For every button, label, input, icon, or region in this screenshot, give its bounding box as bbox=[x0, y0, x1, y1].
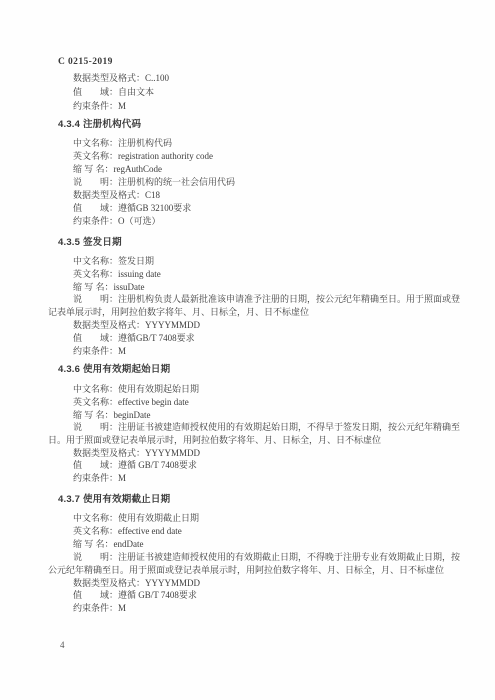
field-line-cn-name: 中文名称：签发日期 bbox=[73, 256, 154, 267]
field-line-description: 说 明：注册机构的统一社会信用代码 bbox=[73, 177, 235, 188]
section-heading-4-3-4: 4.3.4 注册机构代码 bbox=[58, 119, 141, 130]
field-line-en-name: 英文名称：registration authority code bbox=[73, 151, 213, 162]
field-line-datatype: 数据类型及格式：YYYYMMDD bbox=[73, 578, 200, 589]
field-line-abbr: 缩 写 名：beginDate bbox=[73, 410, 151, 421]
field-line-valuedomain: 值 域：自由文本 bbox=[73, 87, 154, 98]
field-line-valuedomain: 值 域：遵循GB 32100要求 bbox=[73, 203, 191, 214]
field-line-cn-name: 中文名称：使用有效期起始日期 bbox=[73, 384, 199, 395]
section-heading-4-3-7: 4.3.7 使用有效期截止日期 bbox=[58, 494, 170, 505]
field-line-abbr: 缩 写 名：endDate bbox=[73, 539, 143, 550]
description-continuation-line: 日。用于照面或登记表单展示时，用阿拉伯数字将年、月、日标全，月、日不标虚位 bbox=[48, 435, 381, 446]
field-line-datatype: 数据类型及格式：C18 bbox=[73, 190, 160, 201]
field-line-en-name: 英文名称：issuing date bbox=[73, 269, 161, 280]
field-line-description: 说 明：注册证书被建造师授权使用的有效期起始日期，不得早于签发日期，按公元纪年精… bbox=[73, 422, 460, 433]
description-continuation-line: 公元纪年精确至日。用于照面或登记表单展示时，用阿拉伯数字将年、月、日标全，月、日… bbox=[48, 565, 444, 576]
field-line-datatype: 数据类型及格式：YYYYMMDD bbox=[73, 448, 200, 459]
field-line-constraint: 约束条件：M bbox=[73, 346, 126, 357]
field-line-en-name: 英文名称：effective end date bbox=[73, 526, 182, 537]
field-line-datatype: 数据类型及格式：C..100 bbox=[73, 73, 169, 84]
field-line-en-name: 英文名称：effective begin date bbox=[73, 397, 189, 408]
standard-code-header: C 0215-2019 bbox=[58, 57, 113, 67]
field-line-valuedomain: 值 域：遵循 GB/T 7408要求 bbox=[73, 460, 197, 471]
field-line-constraint: 约束条件：M bbox=[73, 603, 126, 614]
field-line-valuedomain: 值 域：遵循 GB/T 7408要求 bbox=[73, 590, 197, 601]
page-number: 4 bbox=[60, 640, 65, 650]
field-line-description: 说 明：注册机构负责人最新批准该申请准予注册的日期，按公元纪年精确至日。用于照面… bbox=[73, 294, 460, 305]
section-heading-4-3-5: 4.3.5 签发日期 bbox=[58, 237, 122, 248]
field-line-valuedomain: 值 域：遵循GB/T 7408要求 bbox=[73, 333, 195, 344]
field-line-cn-name: 中文名称：使用有效期截止日期 bbox=[73, 513, 199, 524]
field-line-abbr: 缩 写 名：regAuthCode bbox=[73, 164, 162, 175]
field-line-datatype: 数据类型及格式：YYYYMMDD bbox=[73, 320, 200, 331]
description-continuation-line: 记表单展示时，用阿拉伯数字将年、月、日标全，月、日不标虚位 bbox=[48, 307, 309, 318]
field-line-abbr: 缩 写 名：issuDate bbox=[73, 282, 145, 293]
field-line-constraint: 约束条件：M bbox=[73, 473, 126, 484]
field-line-cn-name: 中文名称：注册机构代码 bbox=[73, 138, 172, 149]
field-line-constraint: 约束条件：O（可选） bbox=[73, 216, 161, 227]
field-line-description: 说 明：注册证书被建造师授权使用的有效期截止日期，不得晚于注册专业有效期截止日期… bbox=[73, 552, 460, 563]
document-page: C 0215-2019 数据类型及格式：C..100 值 域：自由文本 约束条件… bbox=[0, 0, 495, 700]
field-line-constraint: 约束条件：M bbox=[73, 101, 126, 112]
section-heading-4-3-6: 4.3.6 使用有效期起始日期 bbox=[58, 364, 170, 375]
